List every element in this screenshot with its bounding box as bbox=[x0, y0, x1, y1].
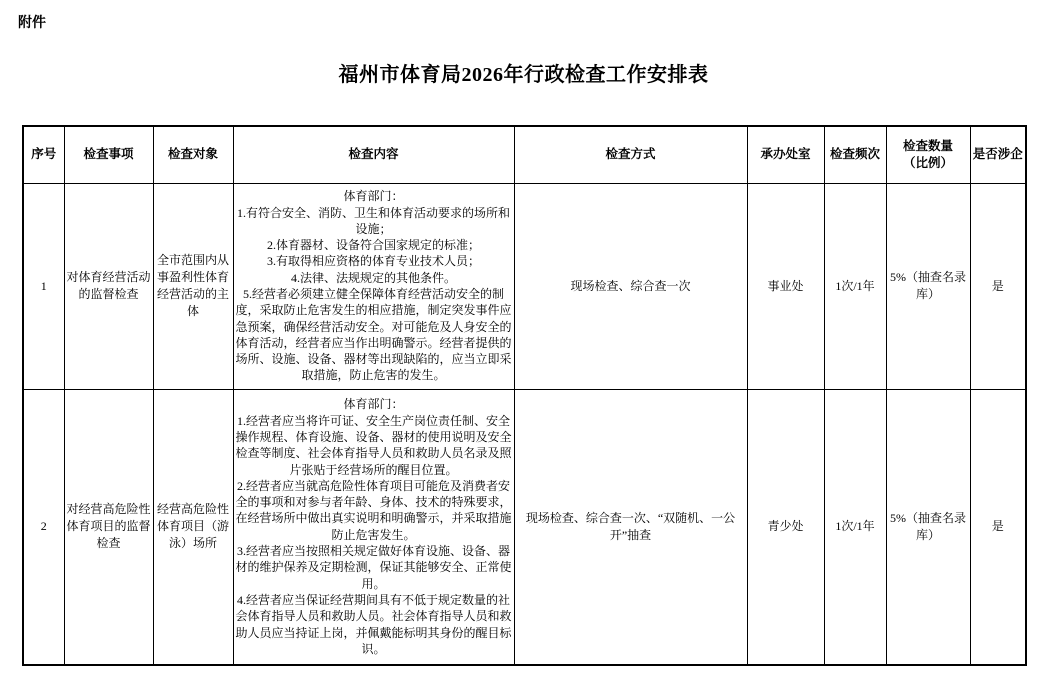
header-inspection-method: 检查方式 bbox=[514, 126, 747, 183]
header-responsible-office: 承办处室 bbox=[747, 126, 824, 183]
cell-inspection-method: 现场检查、综合查一次 bbox=[514, 183, 747, 389]
header-inspection-target: 检查对象 bbox=[153, 126, 233, 183]
cell-inspection-target: 全市范围内从事盈利性体育经营活动的主体 bbox=[153, 183, 233, 389]
header-involves-enterprise: 是否涉企 bbox=[970, 126, 1026, 183]
table-row-2: 2 对经营高危险性体育项目的监督检查 经营高危险性体育项目（游泳）场所 体育部门… bbox=[23, 389, 1026, 665]
cell-involves-enterprise: 是 bbox=[970, 389, 1026, 665]
cell-inspection-content: 体育部门： 1.有符合安全、消防、卫生和体育活动要求的场所和设施； 2.体育器材… bbox=[233, 183, 514, 389]
cell-inspection-quantity: 5%（抽查名录库） bbox=[886, 389, 970, 665]
cell-inspection-frequency: 1次/1年 bbox=[824, 389, 886, 665]
cell-inspection-frequency: 1次/1年 bbox=[824, 183, 886, 389]
header-inspection-content: 检查内容 bbox=[233, 126, 514, 183]
inspection-schedule-table: 序号 检查事项 检查对象 检查内容 检查方式 承办处室 检查频次 检查数量 （比… bbox=[22, 125, 1027, 666]
cell-inspection-item: 对体育经营活动的监督检查 bbox=[64, 183, 153, 389]
cell-responsible-office: 事业处 bbox=[747, 183, 824, 389]
table-row-1: 1 对体育经营活动的监督检查 全市范围内从事盈利性体育经营活动的主体 体育部门：… bbox=[23, 183, 1026, 389]
header-serial-number: 序号 bbox=[23, 126, 64, 183]
cell-involves-enterprise: 是 bbox=[970, 183, 1026, 389]
page-title: 福州市体育局2026年行政检查工作安排表 bbox=[339, 58, 709, 87]
header-inspection-frequency: 检查频次 bbox=[824, 126, 886, 183]
cell-inspection-target: 经营高危险性体育项目（游泳）场所 bbox=[153, 389, 233, 665]
cell-inspection-method: 现场检查、综合查一次、“双随机、一公开”抽查 bbox=[514, 389, 747, 665]
cell-responsible-office: 青少处 bbox=[747, 389, 824, 665]
cell-inspection-item: 对经营高危险性体育项目的监督检查 bbox=[64, 389, 153, 665]
attachment-label: 附件 bbox=[18, 12, 46, 32]
header-inspection-item: 检查事项 bbox=[64, 126, 153, 183]
table-header-row: 序号 检查事项 检查对象 检查内容 检查方式 承办处室 检查频次 检查数量 （比… bbox=[23, 126, 1026, 183]
header-inspection-quantity: 检查数量 （比例） bbox=[886, 126, 970, 183]
cell-serial-number: 2 bbox=[23, 389, 64, 665]
cell-inspection-content: 体育部门： 1.经营者应当将许可证、安全生产岗位责任制、安全操作规程、体育设施、… bbox=[233, 389, 514, 665]
cell-serial-number: 1 bbox=[23, 183, 64, 389]
title-container: 福州市体育局2026年行政检查工作安排表 bbox=[22, 58, 1025, 87]
cell-inspection-quantity: 5%（抽查名录库） bbox=[886, 183, 970, 389]
